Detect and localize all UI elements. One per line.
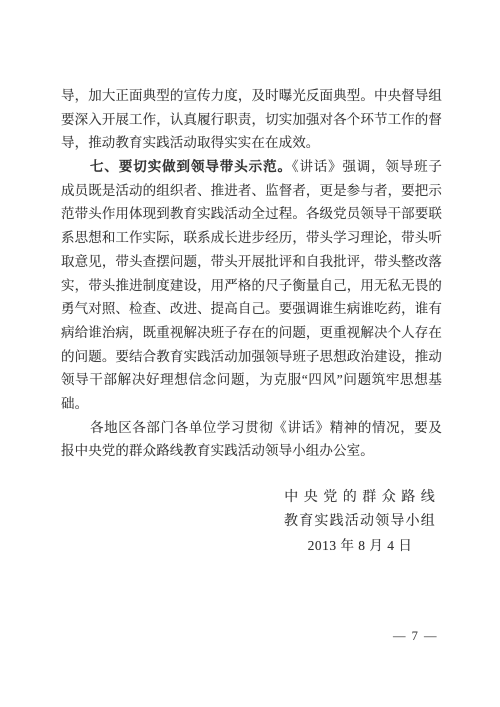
body-line: 导，推动教育实践活动取得实实在在成效。 — [61, 131, 442, 155]
body-line: 导，加大正面典型的宣传力度，及时曝光反面典型。中央督导组 — [61, 84, 442, 108]
body-line: 的问题。要结合教育实践活动加强领导班子思想政治建设，推动 — [61, 345, 442, 369]
body-line: 病给谁治病，既重视解决班子存在的问题，更重视解决个人存在 — [61, 321, 442, 345]
document-page: 导，加大正面典型的宣传力度，及时曝光反面典型。中央督导组 要深入开展工作，认真履… — [0, 0, 500, 707]
body-line: 要深入开展工作，认真履行职责，切实加强对各个环节工作的督 — [61, 108, 442, 132]
signature-org-line-2: 教育实践活动领导小组 — [272, 510, 448, 534]
body-line: 范带头作用体现到教育实践活动全过程。各级党员领导干部要联 — [61, 202, 442, 226]
body-line: 勇气对照、检查、改进、提高自己。要强调谁生病谁吃药，谁有 — [61, 297, 442, 321]
section-heading-rest: 《讲话》强调，领导班子 — [292, 159, 442, 174]
body-line: 领导干部解决好理想信念问题，为克服“四风”问题筑牢思想基 — [61, 368, 442, 392]
body-line: 实，带头推进制度建设，用严格的尺子衡量自己，用无私无畏的 — [61, 274, 442, 298]
body-line: 成员既是活动的组织者、推进者、监督者，更是参与者，要把示 — [61, 179, 442, 203]
signature-org-line-1: 中 央 党 的 群 众 路 线 — [272, 486, 448, 510]
body-line-section-heading: 七、要切实做到领导带头示范。《讲话》强调，领导班子 — [61, 155, 442, 179]
body-line: 础。 — [61, 392, 442, 416]
signature-block: 中 央 党 的 群 众 路 线 教育实践活动领导小组 2013 年 8 月 4 … — [272, 486, 448, 557]
body-line: 系思想和工作实际，联系成长进步经历，带头学习理论，带头听 — [61, 226, 442, 250]
body-line: 取意见，带头查摆问题，带头开展批评和自我批评，带头整改落 — [61, 250, 442, 274]
body-line: 各地区各部门各单位学习贯彻《讲话》精神的情况，要及时 — [61, 416, 442, 440]
body-text: 导，加大正面典型的宣传力度，及时曝光反面典型。中央督导组 要深入开展工作，认真履… — [61, 84, 442, 463]
body-line: 报中央党的群众路线教育实践活动领导小组办公室。 — [61, 439, 442, 463]
section-heading-bold: 七、要切实做到领导带头示范。 — [90, 159, 292, 174]
signature-date: 2013 年 8 月 4 日 — [272, 534, 448, 558]
page-number: — 7 — — [393, 629, 438, 644]
